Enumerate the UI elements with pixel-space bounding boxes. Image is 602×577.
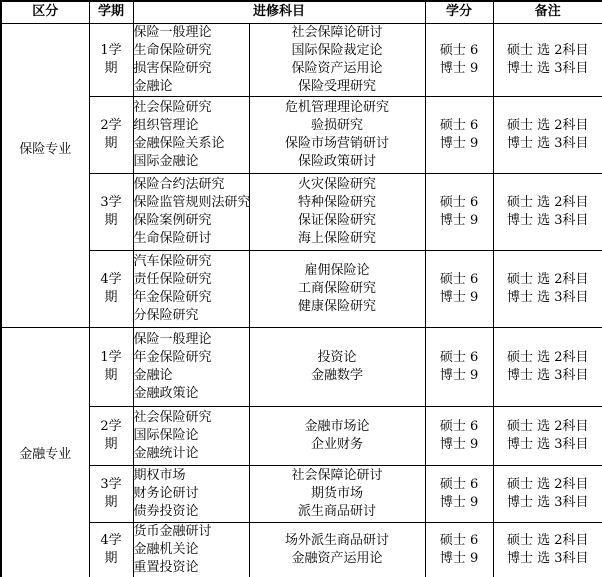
course-item: 保险监管规则法研究 (134, 194, 249, 212)
division-cell: 保险专业 (1, 23, 89, 327)
courses-secondary-cell: 社会保障论研讨期货市场派生商品研讨 (249, 465, 425, 522)
course-item: 年金保险研究 (134, 289, 249, 307)
course-item: 组织管理论 (134, 117, 249, 135)
course-item: 保险合约法研究 (134, 176, 249, 194)
course-item: 年金保险研究 (134, 349, 249, 367)
credits-line: 硕士 6 (426, 349, 493, 367)
course-item: 金融保险关系论 (134, 135, 249, 153)
notes-cell: 硕士 选 2科目博士 选 3科目 (493, 96, 602, 173)
credits-line: 博士 9 (426, 550, 493, 568)
courses-primary-cell: 保险合约法研究保险监管规则法研究保险案例研究生命保险研讨 (133, 173, 249, 250)
courses-secondary-cell: 社会保障论研讨国际保险裁定论保险资产运用论保险受理研究 (249, 23, 425, 96)
courses-primary-cell: 保险一般理论生命保险研究损害保险研究金融论 (133, 23, 249, 96)
course-item: 金融机关论 (134, 541, 249, 559)
header-semester: 学期 (89, 1, 133, 23)
credits-cell: 硕士 6博士 9 (425, 327, 493, 406)
table-row: 4学期汽车保险研究责任保险研究年金保险研究分保险研究雇佣保险论工商保险研究健康保… (1, 250, 602, 327)
notes-line: 博士 选 3科目 (494, 135, 602, 153)
courses-secondary-cell: 雇佣保险论工商保险研究健康保险研究 (249, 250, 425, 327)
course-item: 特种保险研究 (250, 194, 425, 212)
header-courses: 进修科目 (133, 1, 425, 23)
semester-label: 3学 (90, 194, 133, 212)
course-item: 海上保险研究 (250, 230, 425, 248)
credits-cell: 硕士 6博士 9 (425, 96, 493, 173)
course-item: 金融论 (134, 367, 249, 385)
credits-line: 博士 9 (426, 367, 493, 385)
notes-cell: 硕士 选 2科目博士 选 3科目 (493, 406, 602, 465)
credits-line: 博士 9 (426, 60, 493, 78)
course-item: 危机管理理论研究 (250, 99, 425, 117)
course-item: 保险受理研究 (250, 78, 425, 96)
course-item: 社会保险研究 (134, 409, 249, 427)
course-item: 工商保险研究 (250, 280, 425, 298)
credits-cell: 硕士 6博士 9 (425, 250, 493, 327)
semester-label: 期 (90, 550, 133, 568)
credits-line: 硕士 6 (426, 117, 493, 135)
notes-line: 硕士 选 2科目 (494, 349, 602, 367)
course-item: 重置投资论 (134, 559, 249, 577)
credits-cell: 硕士 6博士 9 (425, 406, 493, 465)
notes-line: 硕士 选 2科目 (494, 117, 602, 135)
semester-cell: 1学期 (89, 327, 133, 406)
course-item: 分保险研究 (134, 307, 249, 325)
course-item: 国际金融论 (134, 153, 249, 171)
notes-line: 硕士 选 2科目 (494, 271, 602, 289)
curriculum-table: 区分 学期 进修科目 学分 备注 保险专业1学期保险一般理论生命保险研究损害保险… (0, 0, 602, 577)
credits-line: 博士 9 (426, 135, 493, 153)
notes-line: 博士 选 3科目 (494, 289, 602, 307)
courses-secondary-cell: 危机管理理论研究验损研究保险市场营销研讨保险政策研讨 (249, 96, 425, 173)
credits-line: 博士 9 (426, 212, 493, 230)
division-label: 保险专业 (19, 138, 71, 157)
course-item: 责任保险研究 (134, 271, 249, 289)
course-item: 汽车保险研究 (134, 253, 249, 271)
course-item: 社会保障论研讨 (250, 24, 425, 42)
notes-line: 博士 选 3科目 (494, 60, 602, 78)
table-row: 4学期货币金融研讨金融机关论重置投资论场外派生商品研讨金融资产运用论硕士 6博士… (1, 522, 602, 577)
course-item: 金融政策论 (134, 385, 249, 403)
semester-label: 期 (90, 212, 133, 230)
course-item: 火灾保险研究 (250, 176, 425, 194)
table-header: 区分 学期 进修科目 学分 备注 (1, 1, 602, 23)
semester-label: 1学 (90, 349, 133, 367)
semester-cell: 2学期 (89, 406, 133, 465)
semester-label: 4学 (90, 271, 133, 289)
course-item: 金融资产运用论 (250, 550, 425, 568)
course-item: 财务论研讨 (134, 485, 249, 503)
course-item: 保险政策研讨 (250, 153, 425, 171)
notes-line: 博士 选 3科目 (494, 494, 602, 512)
header-row: 区分 学期 进修科目 学分 备注 (1, 1, 602, 23)
credits-line: 硕士 6 (426, 42, 493, 60)
course-item: 企业财务 (250, 436, 425, 454)
course-item: 健康保险研究 (250, 298, 425, 316)
course-item: 保证保险研究 (250, 212, 425, 230)
notes-cell: 硕士 选 2科目博士 选 3科目 (493, 522, 602, 577)
courses-secondary-cell: 火灾保险研究特种保险研究保证保险研究海上保险研究 (249, 173, 425, 250)
course-item: 保险一般理论 (134, 24, 249, 42)
credits-line: 博士 9 (426, 494, 493, 512)
semester-label: 期 (90, 60, 133, 78)
course-item: 验损研究 (250, 117, 425, 135)
notes-line: 硕士 选 2科目 (494, 532, 602, 550)
credits-cell: 硕士 6博士 9 (425, 522, 493, 577)
semester-label: 2学 (90, 418, 133, 436)
semester-cell: 4学期 (89, 250, 133, 327)
table-row: 金融专业1学期保险一般理论年金保险研究金融论金融政策论投资论金融数学硕士 6博士… (1, 327, 602, 406)
notes-cell: 硕士 选 2科目博士 选 3科目 (493, 327, 602, 406)
courses-secondary-cell: 金融市场论企业财务 (249, 406, 425, 465)
credits-cell: 硕士 6博士 9 (425, 465, 493, 522)
course-item: 保险案例研究 (134, 212, 249, 230)
course-item: 国际保险论 (134, 427, 249, 445)
notes-cell: 硕士 选 2科目博士 选 3科目 (493, 173, 602, 250)
credits-line: 硕士 6 (426, 271, 493, 289)
notes-cell: 硕士 选 2科目博士 选 3科目 (493, 465, 602, 522)
semester-cell: 4学期 (89, 522, 133, 577)
credits-line: 硕士 6 (426, 476, 493, 494)
course-item: 金融数学 (250, 367, 425, 385)
header-division: 区分 (1, 1, 89, 23)
semester-label: 2学 (90, 117, 133, 135)
courses-primary-cell: 保险一般理论年金保险研究金融论金融政策论 (133, 327, 249, 406)
course-item: 生命保险研讨 (134, 230, 249, 248)
semester-label: 1学 (90, 42, 133, 60)
semester-label: 期 (90, 436, 133, 454)
courses-secondary-cell: 投资论金融数学 (249, 327, 425, 406)
course-item: 社会保障论研讨 (250, 467, 425, 485)
semester-label: 期 (90, 135, 133, 153)
course-item: 金融论 (134, 78, 249, 96)
semester-label: 4学 (90, 532, 133, 550)
courses-primary-cell: 汽车保险研究责任保险研究年金保险研究分保险研究 (133, 250, 249, 327)
notes-line: 博士 选 3科目 (494, 212, 602, 230)
credits-line: 硕士 6 (426, 194, 493, 212)
notes-cell: 硕士 选 2科目博士 选 3科目 (493, 23, 602, 96)
notes-line: 博士 选 3科目 (494, 550, 602, 568)
semester-cell: 1学期 (89, 23, 133, 96)
table-body: 保险专业1学期保险一般理论生命保险研究损害保险研究金融论社会保障论研讨国际保险裁… (1, 23, 602, 577)
course-item: 派生商品研讨 (250, 503, 425, 521)
course-item: 损害保险研究 (134, 60, 249, 78)
course-item: 保险一般理论 (134, 331, 249, 349)
semester-label: 期 (90, 289, 133, 307)
course-item: 投资论 (250, 349, 425, 367)
credits-line: 硕士 6 (426, 532, 493, 550)
credits-line: 博士 9 (426, 289, 493, 307)
header-credits: 学分 (425, 1, 493, 23)
courses-primary-cell: 社会保险研究组织管理论金融保险关系论国际金融论 (133, 96, 249, 173)
credits-line: 硕士 6 (426, 418, 493, 436)
table-row: 2学期社会保险研究组织管理论金融保险关系论国际金融论危机管理理论研究验损研究保险… (1, 96, 602, 173)
notes-line: 博士 选 3科目 (494, 436, 602, 454)
notes-line: 硕士 选 2科目 (494, 194, 602, 212)
course-item: 保险市场营销研讨 (250, 135, 425, 153)
course-item: 场外派生商品研讨 (250, 532, 425, 550)
table-row: 3学期保险合约法研究保险监管规则法研究保险案例研究生命保险研讨火灾保险研究特种保… (1, 173, 602, 250)
course-item: 期货市场 (250, 485, 425, 503)
course-item: 期权市场 (134, 467, 249, 485)
courses-primary-cell: 社会保险研究国际保险论金融统计论 (133, 406, 249, 465)
table-row: 保险专业1学期保险一般理论生命保险研究损害保险研究金融论社会保障论研讨国际保险裁… (1, 23, 602, 96)
semester-label: 3学 (90, 476, 133, 494)
courses-primary-cell: 期权市场财务论研讨债券投资论 (133, 465, 249, 522)
notes-line: 硕士 选 2科目 (494, 418, 602, 436)
credits-cell: 硕士 6博士 9 (425, 173, 493, 250)
semester-label: 期 (90, 367, 133, 385)
division-label: 金融专业 (19, 447, 71, 462)
course-item: 金融市场论 (250, 418, 425, 436)
course-item: 保险资产运用论 (250, 60, 425, 78)
notes-line: 硕士 选 2科目 (494, 42, 602, 60)
table-row: 3学期期权市场财务论研讨债券投资论社会保障论研讨期货市场派生商品研讨硕士 6博士… (1, 465, 602, 522)
courses-primary-cell: 货币金融研讨金融机关论重置投资论 (133, 522, 249, 577)
credits-cell: 硕士 6博士 9 (425, 23, 493, 96)
semester-cell: 3学期 (89, 173, 133, 250)
division-cell: 金融专业 (1, 327, 89, 577)
course-item: 国际保险裁定论 (250, 42, 425, 60)
course-item: 生命保险研究 (134, 42, 249, 60)
course-item: 金融统计论 (134, 445, 249, 463)
header-notes: 备注 (493, 1, 602, 23)
notes-cell: 硕士 选 2科目博士 选 3科目 (493, 250, 602, 327)
course-item: 货币金融研讨 (134, 523, 249, 541)
semester-cell: 2学期 (89, 96, 133, 173)
course-item: 债券投资论 (134, 503, 249, 521)
course-item: 雇佣保险论 (250, 262, 425, 280)
notes-line: 博士 选 3科目 (494, 367, 602, 385)
courses-secondary-cell: 场外派生商品研讨金融资产运用论 (249, 522, 425, 577)
semester-label: 期 (90, 494, 133, 512)
semester-cell: 3学期 (89, 465, 133, 522)
notes-line: 硕士 选 2科目 (494, 476, 602, 494)
table-row: 2学期社会保险研究国际保险论金融统计论金融市场论企业财务硕士 6博士 9硕士 选… (1, 406, 602, 465)
curriculum-page: 区分 学期 进修科目 学分 备注 保险专业1学期保险一般理论生命保险研究损害保险… (0, 0, 602, 577)
course-item: 社会保险研究 (134, 99, 249, 117)
credits-line: 博士 9 (426, 436, 493, 454)
